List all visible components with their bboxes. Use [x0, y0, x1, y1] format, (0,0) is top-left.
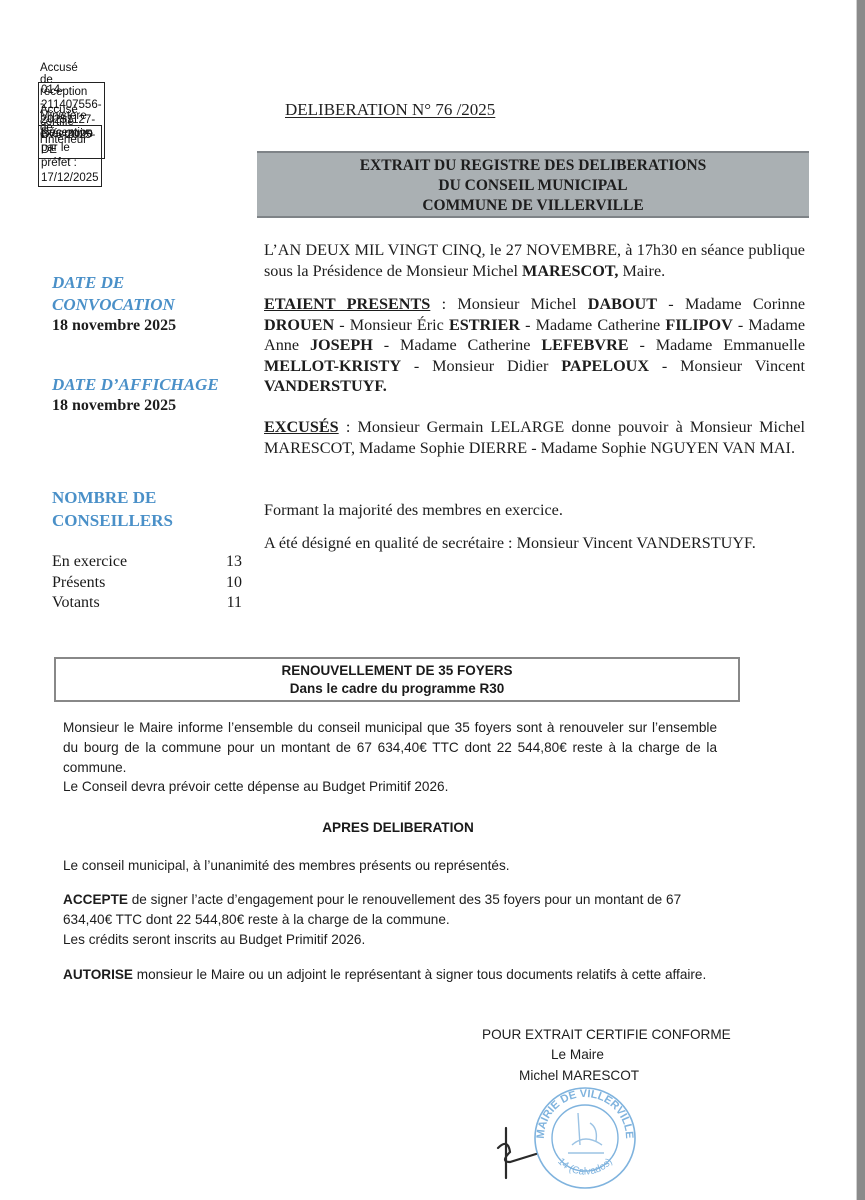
credits-line: Les crédits seront inscrits au Budget Pr…: [63, 930, 717, 950]
autorise-label: AUTORISE: [63, 967, 133, 982]
excuses-text: Monsieur Germain LELARGE donne pouvoir à…: [264, 418, 805, 457]
majority-line: Formant la majorité des membres en exerc…: [264, 500, 805, 521]
accepte-label: ACCEPTE: [63, 892, 128, 907]
present-member-name: MELLOT-KRISTY: [264, 357, 401, 375]
convocation-block: DATE DECONVOCATION 18 novembre 2025: [52, 272, 176, 336]
session-intro: L’AN DEUX MIL VINGT CINQ, le 27 NOVEMBRE…: [264, 240, 805, 281]
present-member-name: ESTRIER: [449, 316, 520, 334]
page-edge: [856, 0, 865, 1200]
president-name: MARESCOT,: [522, 262, 618, 280]
convocation-date: 18 novembre 2025: [52, 316, 176, 336]
svg-text:14 (Calvados): 14 (Calvados): [555, 1156, 614, 1177]
excuses-label: EXCUSÉS: [264, 418, 339, 436]
subject-title: RENOUVELLEMENT DE 35 FOYERS: [56, 662, 738, 680]
autorise-paragraph: AUTORISE monsieur le Maire ou un adjoint…: [63, 965, 717, 985]
presents-label: ETAIENT PRESENTS: [264, 295, 430, 313]
budget-note: Le Conseil devra prévoir cette dépense a…: [63, 777, 717, 797]
accepte-paragraph: ACCEPTE de signer l’acte d’engagement po…: [63, 890, 717, 930]
unanimity-line: Le conseil municipal, à l’unanimité des …: [63, 856, 717, 876]
present-member-name: VANDERSTUYF.: [264, 377, 387, 395]
present-member-name: FILIPOV: [665, 316, 732, 334]
band-line-1: EXTRAIT DU REGISTRE DES DELIBERATIONS: [257, 156, 809, 176]
count-row: Votants11: [52, 593, 242, 614]
count-row: En exercice13: [52, 552, 242, 573]
ack-reception-date: Réception par le préfet : 17/12/2025: [38, 125, 102, 187]
presents-paragraph: ETAIENT PRESENTS : Monsieur Michel DABOU…: [264, 294, 805, 397]
conseillers-counts: En exercice13Présents10Votants11: [52, 552, 242, 614]
mayor-signature-icon: [488, 1118, 558, 1188]
certification-line: POUR EXTRAIT CERTIFIE CONFORME: [482, 1025, 731, 1045]
band-line-2: DU CONSEIL MUNICIPAL: [257, 176, 809, 196]
subject-box: RENOUVELLEMENT DE 35 FOYERS Dans le cadr…: [54, 657, 740, 702]
present-member-name: PAPELOUX: [561, 357, 649, 375]
deliberation-title: DELIBERATION N° 76 /2025: [285, 100, 495, 120]
present-member-name: JOSEPH: [310, 336, 373, 354]
count-row: Présents10: [52, 573, 242, 594]
present-member-name: DABOUT: [588, 295, 657, 313]
present-member-name: LEFEBVRE: [541, 336, 628, 354]
secretary-line: A été désigné en qualité de secrétaire :…: [264, 533, 805, 554]
affichage-date: 18 novembre 2025: [52, 396, 219, 416]
convocation-label: DATE DECONVOCATION: [52, 272, 176, 316]
affichage-block: DATE D’AFFICHAGE 18 novembre 2025: [52, 374, 219, 416]
signatory-role: Le Maire: [551, 1045, 604, 1065]
conseillers-heading: NOMBRE DECONSEILLERS: [52, 486, 173, 532]
subject-subtitle: Dans le cadre du programme R30: [56, 680, 738, 698]
apres-deliberation-heading: APRES DELIBERATION: [63, 820, 733, 835]
band-line-3: COMMUNE DE VILLERVILLE: [257, 196, 809, 216]
register-header-band: EXTRAIT DU REGISTRE DES DELIBERATIONS DU…: [257, 151, 809, 218]
affichage-label: DATE D’AFFICHAGE: [52, 374, 219, 396]
excuses-paragraph: EXCUSÉS : Monsieur Germain LELARGE donne…: [264, 417, 805, 458]
exposition-paragraph: Monsieur le Maire informe l’ensemble du …: [63, 718, 717, 777]
present-member-name: DROUEN: [264, 316, 334, 334]
